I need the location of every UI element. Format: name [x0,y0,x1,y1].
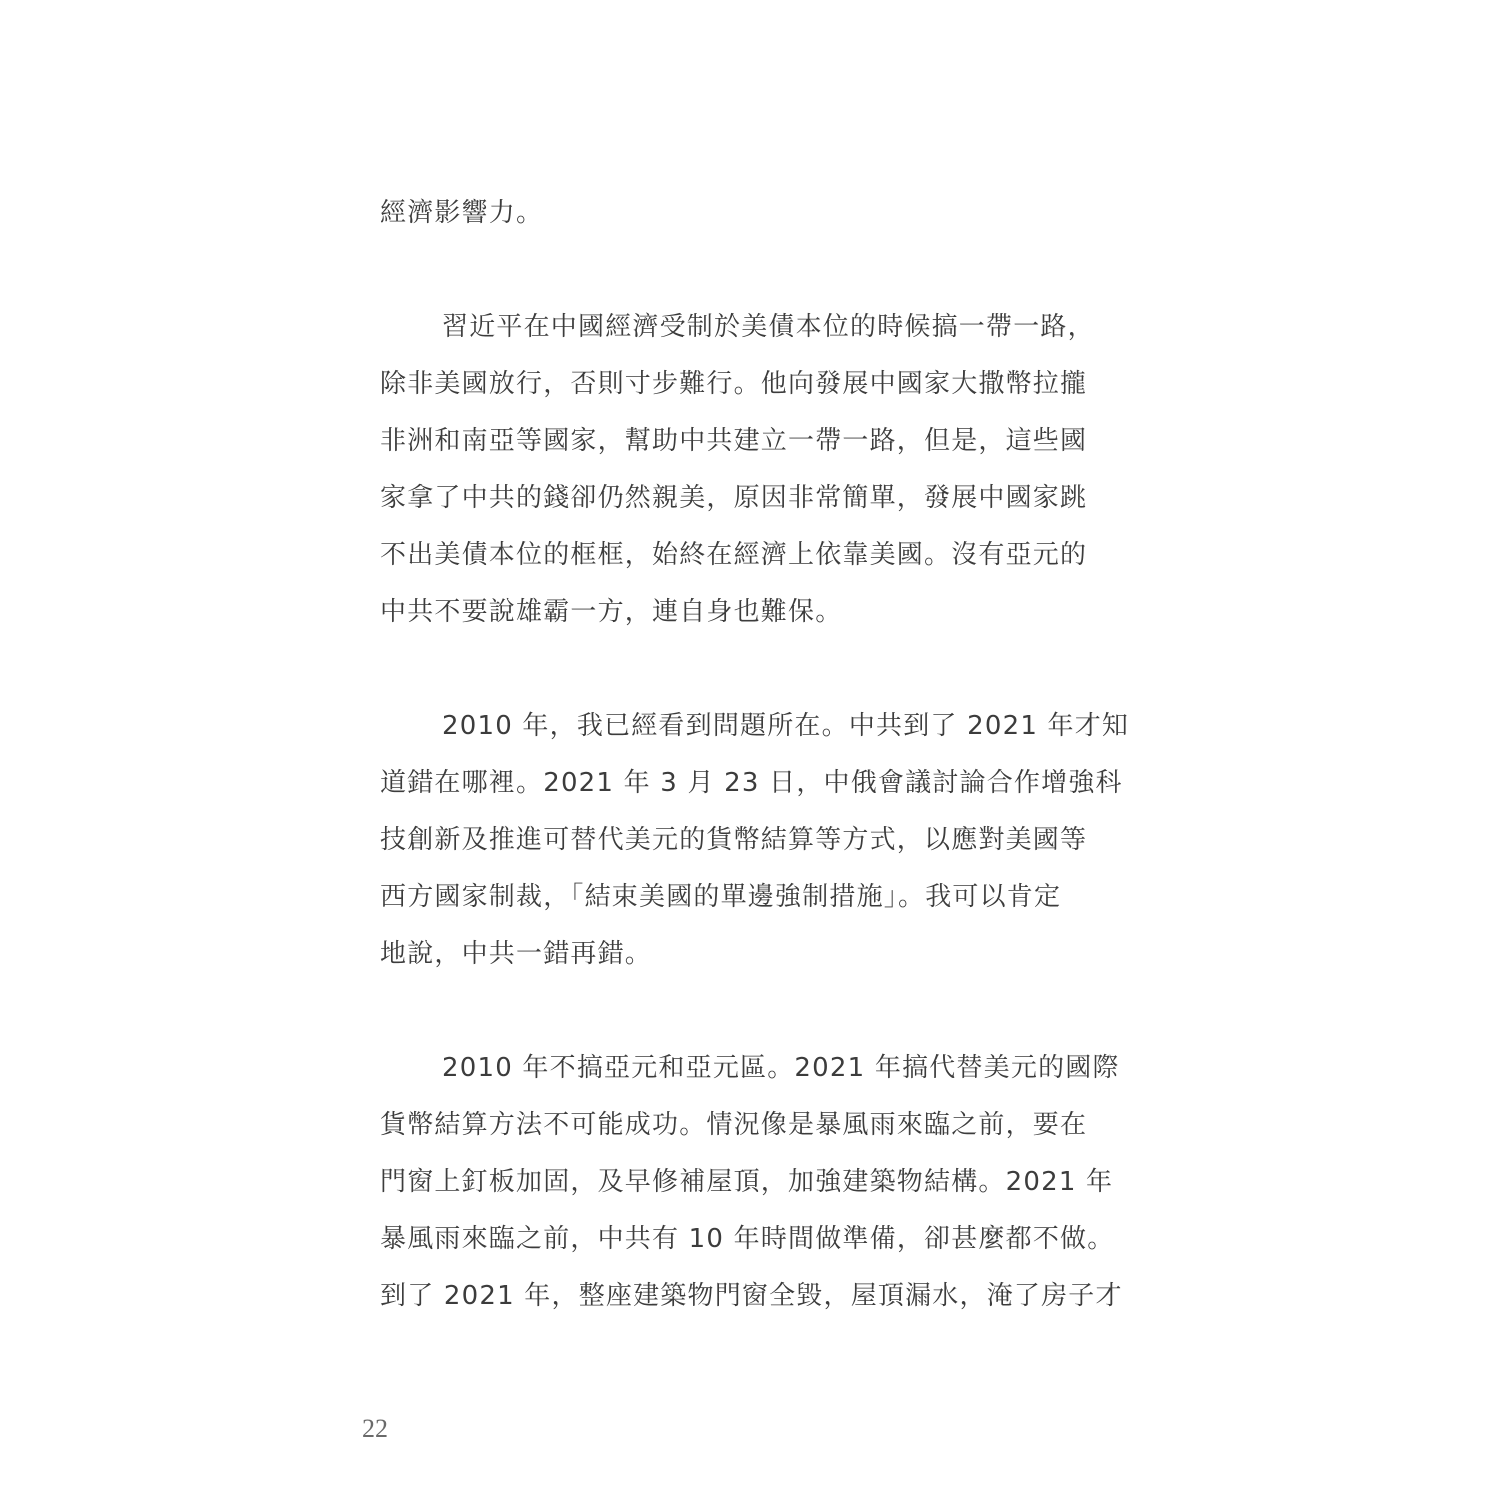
text-line: 門窗上釘板加固，及早修補屋頂，加強建築物結構。2021 年 [380,1161,1170,1218]
text-line: 習近平在中國經濟受制於美債本位的時候搞一帶一路， [380,306,1170,363]
text-line: 暴風雨來臨之前，中共有 10 年時間做準備，卻甚麼都不做。 [380,1218,1170,1275]
page-number: 22 [362,1414,388,1444]
text-line: 貨幣結算方法不可能成功。情況像是暴風雨來臨之前，要在 [380,1104,1170,1161]
text-line: 不出美債本位的框框，始終在經濟上依靠美國。沒有亞元的 [380,534,1170,591]
paragraph-2: 習近平在中國經濟受制於美債本位的時候搞一帶一路， 除非美國放行，否則寸步難行。他… [380,306,1170,648]
text-line: 經濟影響力。 [380,192,1170,249]
text-line: 技創新及推進可替代美元的貨幣結算等方式，以應對美國等 [380,819,1170,876]
text-line: 2010 年，我已經看到問題所在。中共到了 2021 年才知 [380,705,1170,762]
book-page: 經濟影響力。 習近平在中國經濟受制於美債本位的時候搞一帶一路， 除非美國放行，否… [0,0,1500,1500]
paragraph-gap [380,990,1170,1047]
body-text: 經濟影響力。 習近平在中國經濟受制於美債本位的時候搞一帶一路， 除非美國放行，否… [380,192,1170,1332]
text-line: 除非美國放行，否則寸步難行。他向發展中國家大撒幣拉攏 [380,363,1170,420]
paragraph-gap [380,249,1170,306]
text-line: 非洲和南亞等國家，幫助中共建立一帶一路，但是，這些國 [380,420,1170,477]
text-line: 中共不要說雄霸一方，連自身也難保。 [380,591,1170,648]
text-line: 地說，中共一錯再錯。 [380,933,1170,990]
text-line: 到了 2021 年，整座建築物門窗全毀，屋頂漏水，淹了房子才 [380,1275,1170,1332]
paragraph-1: 經濟影響力。 [380,192,1170,249]
paragraph-3: 2010 年，我已經看到問題所在。中共到了 2021 年才知 道錯在哪裡。202… [380,705,1170,990]
text-line: 西方國家制裁，「結束美國的單邊強制措施」。我可以肯定 [380,876,1170,933]
text-line: 家拿了中共的錢卻仍然親美，原因非常簡單，發展中國家跳 [380,477,1170,534]
text-line: 2010 年不搞亞元和亞元區。2021 年搞代替美元的國際 [380,1047,1170,1104]
paragraph-gap [380,648,1170,705]
paragraph-4: 2010 年不搞亞元和亞元區。2021 年搞代替美元的國際 貨幣結算方法不可能成… [380,1047,1170,1332]
text-line: 道錯在哪裡。2021 年 3 月 23 日，中俄會議討論合作增強科 [380,762,1170,819]
